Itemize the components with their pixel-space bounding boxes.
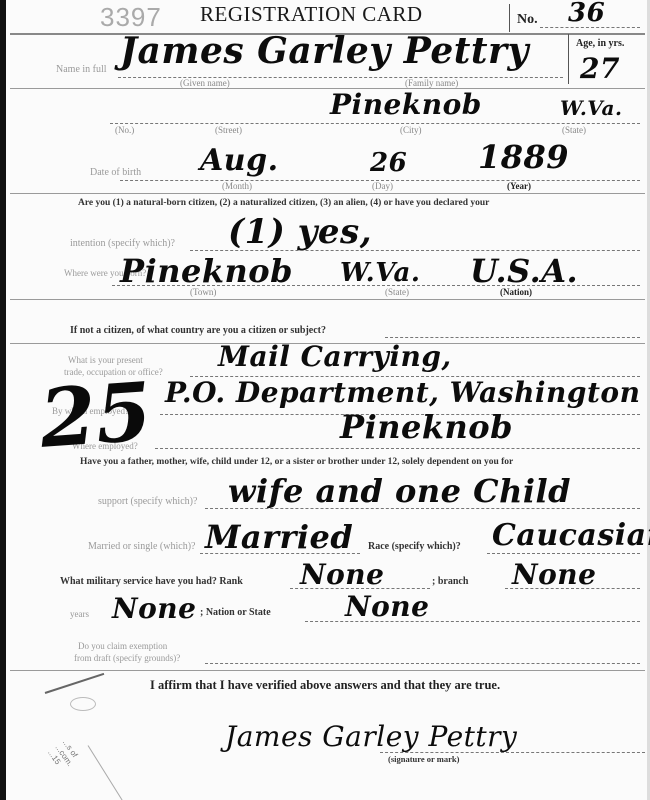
birth-day-value: 26 <box>370 148 407 178</box>
given-name-caption: (Given name) <box>180 78 230 88</box>
dependents-line <box>205 508 640 509</box>
military-nation-line <box>305 621 640 622</box>
employed-where-line <box>155 448 640 449</box>
affirmation-text: I affirm that I have verified above answ… <box>150 678 500 693</box>
signature-caption: (signature or mark) <box>388 754 459 764</box>
citizenship-value: (1) yes, <box>228 212 372 252</box>
occupation-value: Mail Carrying, <box>218 340 452 373</box>
margin-mark: 25 <box>37 364 155 466</box>
citizenship-line <box>190 250 640 251</box>
citizen-of-label: If not a citizen, of what country are yo… <box>70 325 326 336</box>
pen-stroke-artifact <box>45 673 105 694</box>
marital-value: Married <box>205 518 353 556</box>
corner-stamp: ...s of ...com. ...15 <box>46 738 82 773</box>
card-title: REGISTRATION CARD <box>200 2 423 27</box>
birth-year-value: 1889 <box>478 138 569 176</box>
birthplace-town-caption: (Town) <box>190 287 216 297</box>
home-state-value: W.Va. <box>560 96 622 120</box>
header-divider <box>509 4 510 32</box>
smudge-artifact <box>70 697 96 711</box>
military-years-label: years <box>70 609 89 619</box>
row-rule <box>10 299 645 300</box>
home-line <box>110 123 640 124</box>
signature: James Garley Pettry <box>225 720 517 753</box>
military-nation-value: None <box>345 590 429 623</box>
age-divider <box>568 34 569 84</box>
row-rule <box>10 193 645 194</box>
home-street-caption: (Street) <box>215 125 242 135</box>
dependents-value: wife and one Child <box>228 472 571 510</box>
birth-year-caption: (Year) <box>507 181 531 191</box>
military-years-value: None <box>112 592 196 625</box>
exemption-label-2: from draft (specify grounds)? <box>74 653 180 663</box>
employer-value: P.O. Department, Washington D.C. <box>165 376 650 409</box>
citizenship-label: intention (specify which)? <box>70 238 175 249</box>
registration-card: 3397 REGISTRATION CARD No. 36 Age, in yr… <box>0 0 650 800</box>
serial-stamp: 3397 <box>100 2 162 33</box>
row-rule <box>10 670 645 671</box>
signature-line <box>380 752 645 753</box>
home-city-value: Pineknob <box>330 88 482 121</box>
home-no-caption: (No.) <box>115 125 134 135</box>
age-value: 27 <box>580 52 620 85</box>
citizenship-question: Are you (1) a natural-born citizen, (2) … <box>78 198 489 208</box>
number-value: 36 <box>568 0 605 28</box>
employed-where-value: Pineknob <box>340 408 513 446</box>
home-city-caption: (City) <box>400 125 422 135</box>
birthplace-state-value: W.Va. <box>340 258 420 288</box>
military-rank-line <box>290 588 430 589</box>
birth-label: Date of birth <box>90 167 141 178</box>
age-label: Age, in yrs. <box>576 38 624 49</box>
birth-day-caption: (Day) <box>372 181 393 191</box>
birth-month-value: Aug. <box>200 143 279 178</box>
scan-left-border <box>0 0 6 800</box>
race-line <box>487 553 640 554</box>
marital-label: Married or single (which)? <box>88 541 195 552</box>
race-label: Race (specify which)? <box>368 541 461 552</box>
military-nation-label: ; Nation or State <box>200 607 271 618</box>
occupation-label-1: What is your present <box>68 355 143 365</box>
military-rank-value: None <box>300 558 384 591</box>
dependents-question: Have you a father, mother, wife, child u… <box>80 457 513 467</box>
race-value: Caucasian <box>492 518 650 553</box>
number-label: No. <box>517 12 538 28</box>
military-branch-value: None <box>512 558 596 591</box>
name-value: James Garley Pettry <box>120 30 529 72</box>
military-label: What military service have you had? Rank <box>60 576 243 587</box>
family-name-caption: (Family name) <box>405 78 458 88</box>
military-branch-label: ; branch <box>432 576 468 587</box>
birthplace-line <box>112 285 640 286</box>
birthplace-state-caption: (State) <box>385 287 409 297</box>
dependents-label: support (specify which)? <box>98 496 197 507</box>
name-label: Name in full <box>56 64 107 75</box>
corner-line-artifact <box>88 745 126 800</box>
row-rule <box>10 88 645 89</box>
home-state-caption: (State) <box>562 125 586 135</box>
exemption-line <box>205 663 640 664</box>
marital-line <box>200 553 360 554</box>
exemption-label-1: Do you claim exemption <box>78 641 167 651</box>
citizen-of-line <box>385 337 640 338</box>
birth-month-caption: (Month) <box>222 181 252 191</box>
military-branch-line <box>505 588 640 589</box>
birthplace-nation-caption: (Nation) <box>500 287 532 297</box>
